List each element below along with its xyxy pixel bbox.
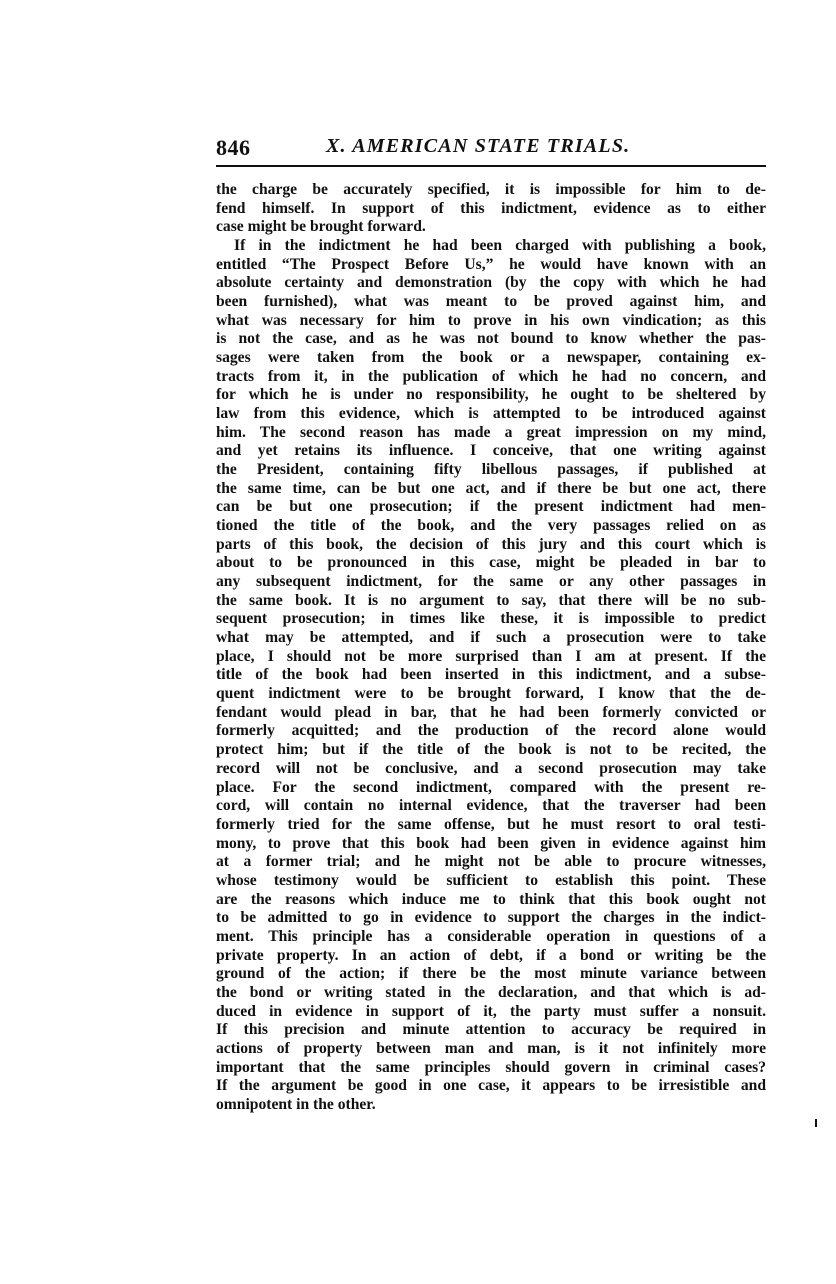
text-line: record will not be conclusive, and a sec… [216,760,766,779]
text-line: place, I should not be more surprised th… [216,648,766,667]
paragraph-start-line: If in the indictment he had been charged… [216,237,766,256]
text-line: about to be pronounced in this case, mig… [216,554,766,573]
text-line: fendant would plead in bar, that he had … [216,704,766,723]
text-line: the same book. It is no argument to say,… [216,592,766,611]
book-page: 846 X. AMERICAN STATE TRIALS. the charge… [0,0,836,1284]
running-title: X. AMERICAN STATE TRIALS. [326,135,630,158]
text-line: been furnished), what was meant to be pr… [216,293,766,312]
text-line: him. The second reason has made a great … [216,424,766,443]
text-line: and yet retains its influence. I conceiv… [216,442,766,461]
text-line: are the reasons which induce me to think… [216,891,766,910]
scan-margin-mark [815,1119,817,1127]
text-line: the bond or writing stated in the declar… [216,984,766,1003]
text-line: parts of this book, the decision of this… [216,536,766,555]
text-line: private property. In an action of debt, … [216,947,766,966]
text-line: If the argument be good in one case, it … [216,1077,766,1096]
text-line: is not the case, and as he was not bound… [216,330,766,349]
body-text: the charge be accurately specified, it i… [216,181,766,1115]
text-line: the President, containing fifty libellou… [216,461,766,480]
text-line: the same time, can be but one act, and i… [216,480,766,499]
page-number: 846 [216,135,251,161]
text-line: can be but one prosecution; if the prese… [216,498,766,517]
text-line: law from this evidence, which is attempt… [216,405,766,424]
text-line: omnipotent in the other. [216,1096,766,1115]
text-line: any subsequent indictment, for the same … [216,573,766,592]
text-line: to be admitted to go in evidence to supp… [216,909,766,928]
text-line: entitled “The Prospect Before Us,” he wo… [216,256,766,275]
text-line: at a former trial; and he might not be a… [216,853,766,872]
text-line: If this precision and minute attention t… [216,1021,766,1040]
text-line: duced in evidence in support of it, the … [216,1003,766,1022]
text-line: ment. This principle has a considerable … [216,928,766,947]
text-line: tioned the title of the book, and the ve… [216,517,766,536]
text-line: mony, to prove that this book had been g… [216,835,766,854]
text-line: what was necessary for him to prove in h… [216,312,766,331]
text-line: tracts from it, in the publication of wh… [216,368,766,387]
text-line: cord, will contain no internal evidence,… [216,797,766,816]
text-line: actions of property between man and man,… [216,1040,766,1059]
text-line: ground of the action; if there be the mo… [216,965,766,984]
header-rule [216,165,766,167]
text-line: sequent prosecution; in times like these… [216,610,766,629]
text-line: title of the book had been inserted in t… [216,666,766,685]
text-line: protect him; but if the title of the boo… [216,741,766,760]
text-line: important that the same principles shoul… [216,1059,766,1078]
text-line: place. For the second indictment, compar… [216,779,766,798]
text-line: sages were taken from the book or a news… [216,349,766,368]
text-line: for which he is under no responsibility,… [216,386,766,405]
running-head: 846 X. AMERICAN STATE TRIALS. [216,133,766,163]
text-line: fend himself. In support of this indictm… [216,200,766,219]
text-line: what may be attempted, and if such a pro… [216,629,766,648]
text-line: the charge be accurately specified, it i… [216,181,766,200]
text-line: case might be brought forward. [216,218,766,237]
text-line: whose testimony would be sufficient to e… [216,872,766,891]
text-line: formerly tried for the same offense, but… [216,816,766,835]
text-line: formerly acquitted; and the production o… [216,722,766,741]
text-line: quent indictment were to be brought forw… [216,685,766,704]
text-line: absolute certainty and demonstration (by… [216,274,766,293]
